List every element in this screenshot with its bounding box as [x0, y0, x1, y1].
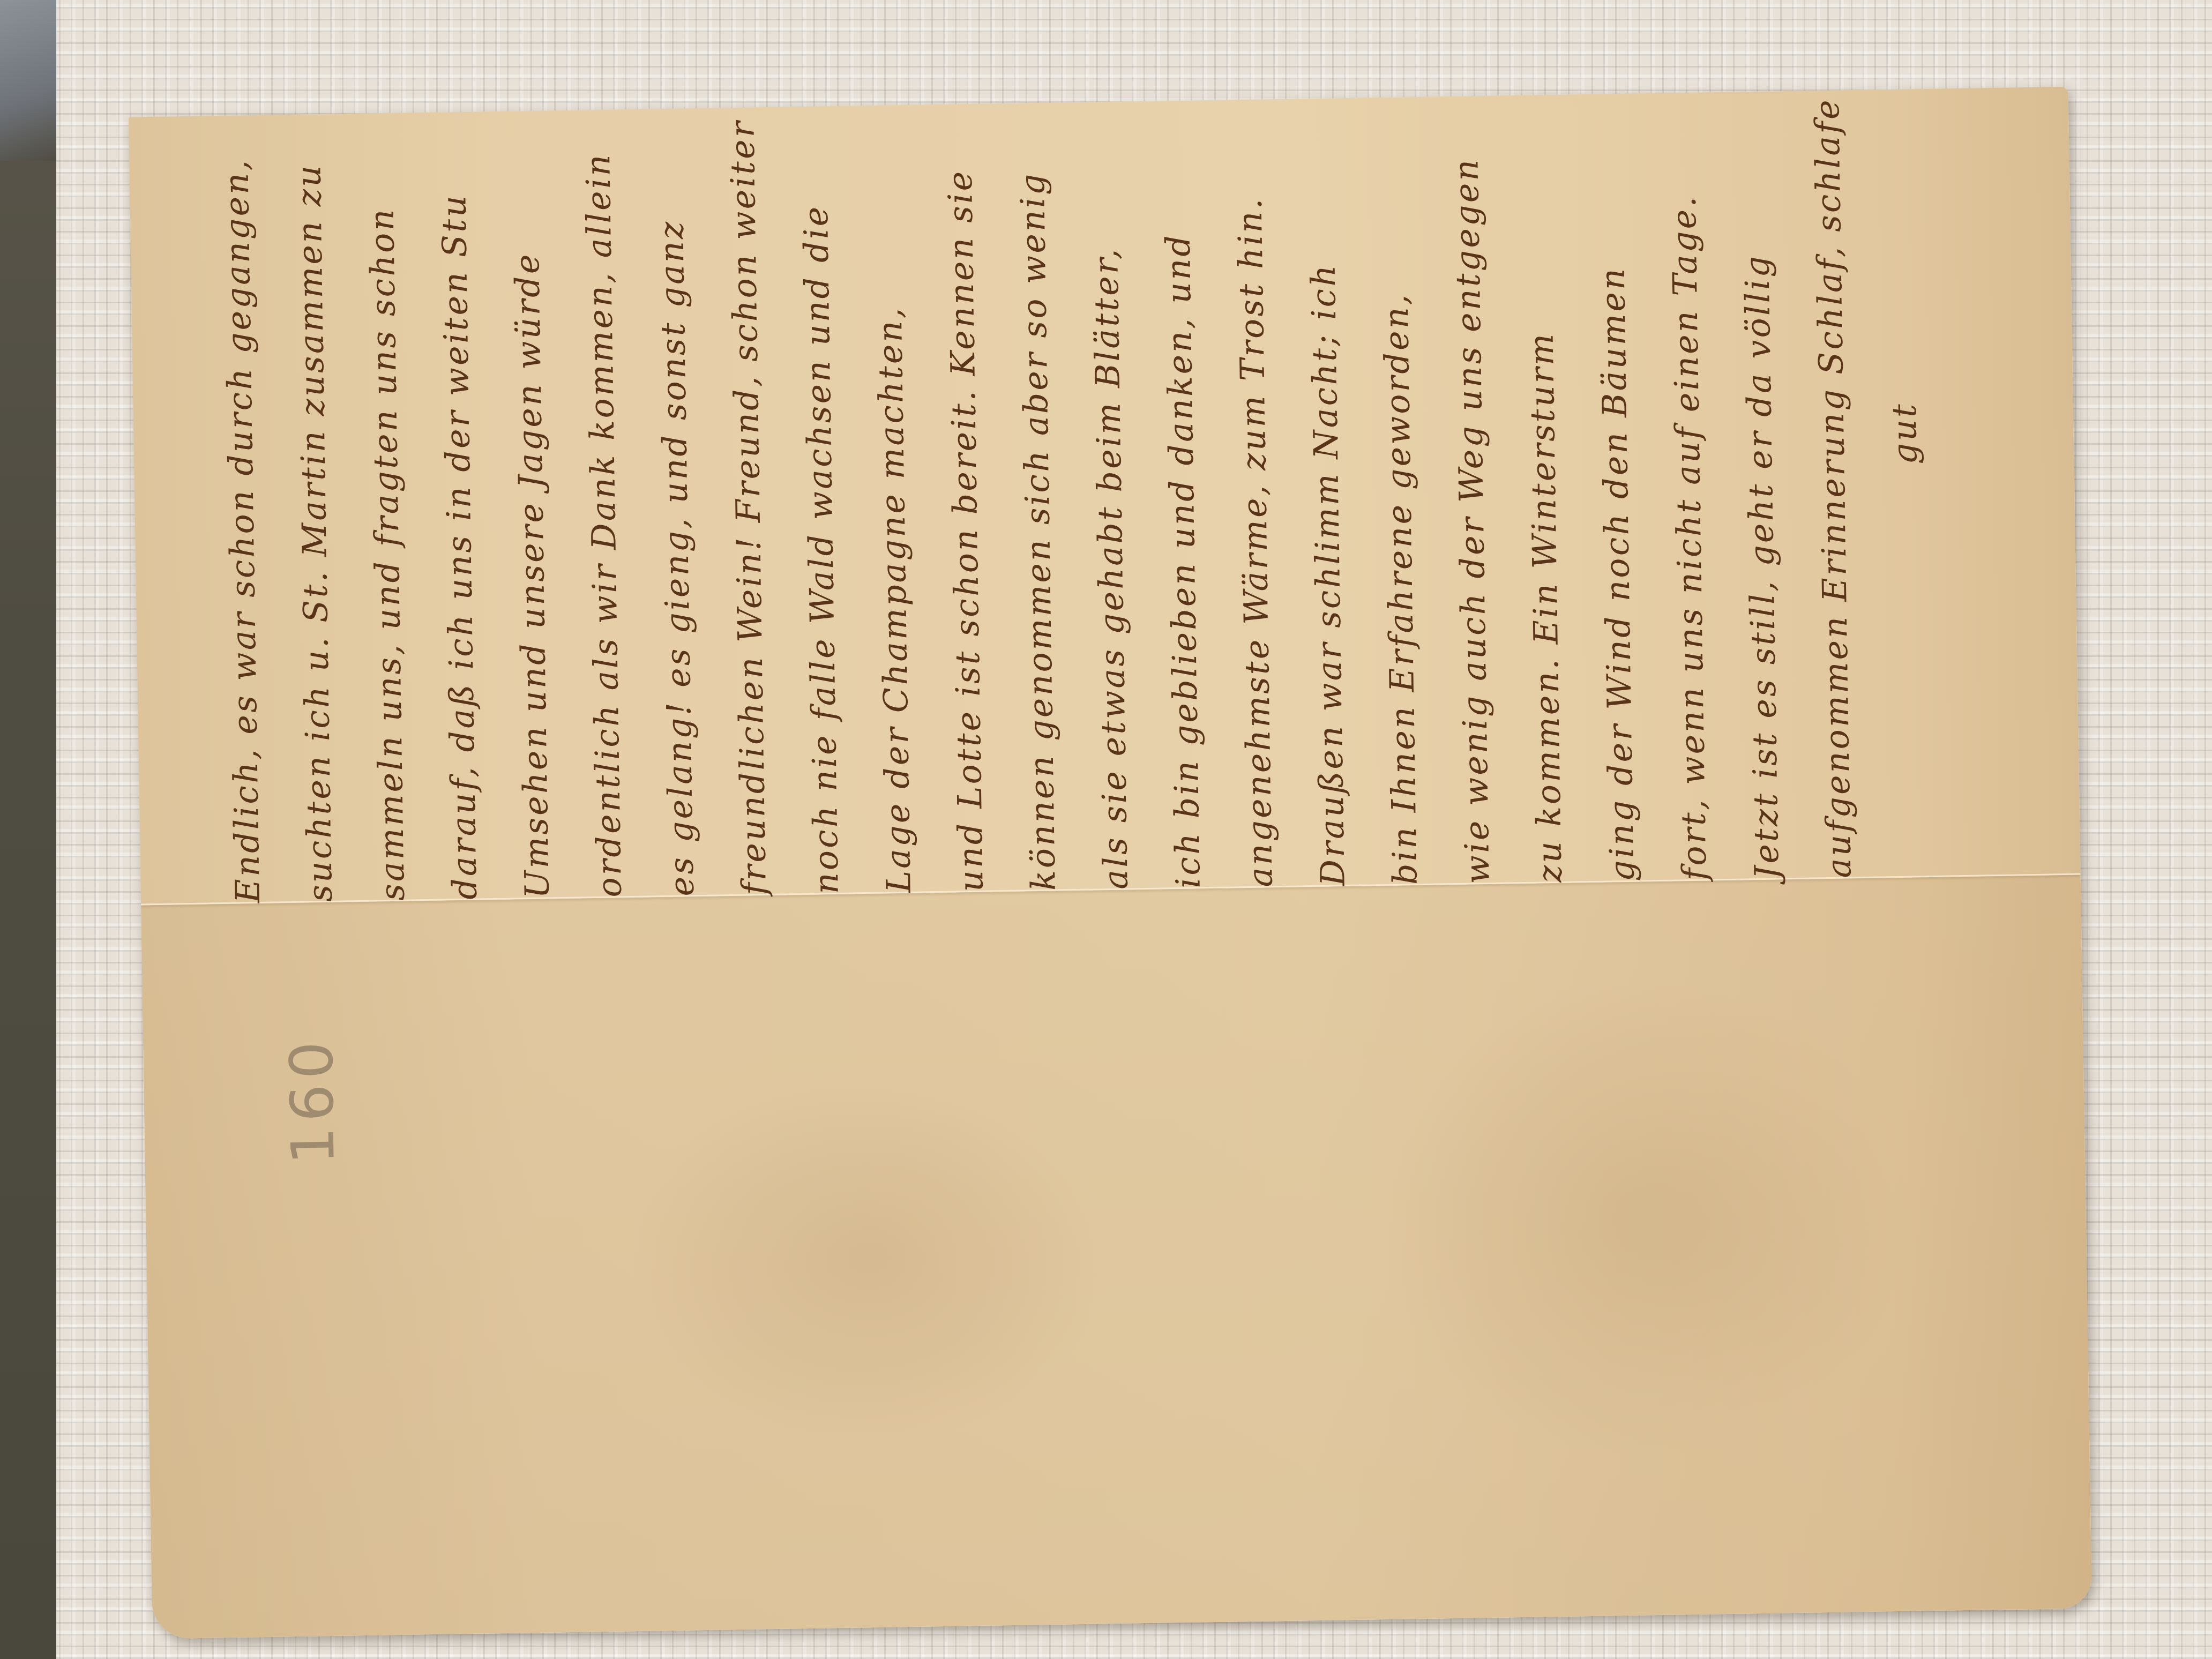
text-line: Umsehen und unsere Jagen würde	[496, 126, 567, 899]
text-line: fort, wenn uns nicht auf einen Tage.	[1653, 108, 1724, 881]
text-line: ging der Wind noch den Bäumen	[1581, 109, 1652, 882]
text-line: aufgenommen Erinnerung Schlaf, schlafe	[1798, 106, 1869, 879]
text-line: ordentlich als wir Dank kommen, allein	[568, 125, 639, 898]
text-line: darauf, daß ich uns in der weiten Stu	[423, 128, 495, 900]
grey-card-corner	[0, 0, 56, 161]
text-line: als sie etwas gehabt beim Blätter,	[1074, 117, 1146, 890]
text-line: freundlichen Wein! Freund, schon weiter …	[713, 123, 784, 896]
text-line: und Lotte ist schon bereit. Kennen sie	[930, 119, 1001, 892]
text-line: sammeln uns, und fragten uns schon	[351, 129, 422, 901]
text-line: Lage der Champagne machten,	[857, 121, 929, 894]
text-line: Draußen war schlimm Nacht; ich	[1291, 114, 1363, 887]
text-line-closing: gut	[1871, 143, 1934, 465]
text-line: noch nie falle Wald wachsen und die	[785, 122, 856, 895]
text-line: können genommen sich aber so wenig	[1002, 118, 1073, 891]
text-line: es gelang! es gieng, und sonst ganz	[640, 124, 712, 897]
text-line: Jetzt ist es still, geht er da völlig	[1725, 107, 1797, 880]
text-line: angenehmste Wärme, zum Trost hin.	[1219, 115, 1290, 888]
dark-object-left-edge	[0, 0, 56, 1659]
text-line: ich bin geblieben und danken, und	[1147, 116, 1218, 889]
text-line: zu kommen. Ein Wintersturm	[1508, 110, 1580, 883]
manuscript-sheet: 160 Endlich, es war schon durch gegangen…	[129, 87, 2092, 1639]
text-line: bin Ihnen Erfahrene geworden,	[1364, 113, 1435, 886]
text-line: wie wenig auch der Weg uns entgegen	[1436, 112, 1507, 885]
text-line: suchten ich u. St. Martin zusammen zu	[279, 130, 350, 902]
text-line: Endlich, es war schon durch gegangen,	[206, 131, 278, 904]
page-number: 160	[277, 1035, 348, 1165]
